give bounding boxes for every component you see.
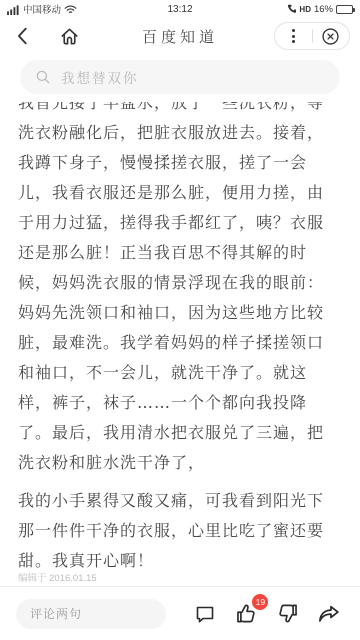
capsule-divider xyxy=(312,29,313,43)
home-icon xyxy=(58,25,81,48)
status-bar: 中国移动 13:12 HD 16% xyxy=(0,0,360,18)
kebab-menu-icon xyxy=(292,29,295,43)
close-circle-icon xyxy=(320,26,341,47)
share-button[interactable] xyxy=(314,599,344,629)
home-button[interactable] xyxy=(56,23,82,49)
bottom-action-bar: 评论两句 19 xyxy=(0,586,360,640)
answer-paragraph-1: 我首先接了半盆水，放了一些洗衣粉，等 洗衣粉融化后，把脏衣服放进去。接着， 我蹲… xyxy=(18,102,342,478)
more-menu-button[interactable] xyxy=(280,23,306,49)
like-count-badge: 19 xyxy=(252,594,268,610)
comment-bubble-icon xyxy=(193,602,217,626)
search-placeholder: 我想替双你 xyxy=(61,67,139,87)
capsule-menu xyxy=(274,22,350,50)
clock: 13:12 xyxy=(0,4,360,15)
edited-date-label: 编辑于 2016.01.15 xyxy=(0,570,360,586)
search-input[interactable]: 我想替双你 xyxy=(20,60,340,94)
comments-button[interactable] xyxy=(190,599,220,629)
like-button[interactable]: 19 xyxy=(231,599,261,629)
close-button[interactable] xyxy=(318,23,344,49)
dislike-button[interactable] xyxy=(273,599,303,629)
search-section: 我想替双你 xyxy=(0,54,360,102)
answer-content: 我首先接了半盆水，放了一些洗衣粉，等 洗衣粉融化后，把脏衣服放进去。接着， 我蹲… xyxy=(0,102,360,570)
back-button[interactable] xyxy=(10,23,36,49)
thumbs-down-icon xyxy=(275,601,300,626)
answer-paragraph-2: 我的小手累得又酸又痛，可我看到阳光下 那一件件干净的衣服，心里比吃了蜜还要 甜。… xyxy=(18,486,342,570)
header: 百度知道 xyxy=(0,18,360,54)
share-arrow-icon xyxy=(316,601,342,627)
battery-icon xyxy=(336,5,353,14)
chevron-left-icon xyxy=(12,24,34,48)
comment-placeholder: 评论两句 xyxy=(30,605,82,622)
search-icon xyxy=(34,68,52,86)
comment-input[interactable]: 评论两句 xyxy=(16,599,166,629)
